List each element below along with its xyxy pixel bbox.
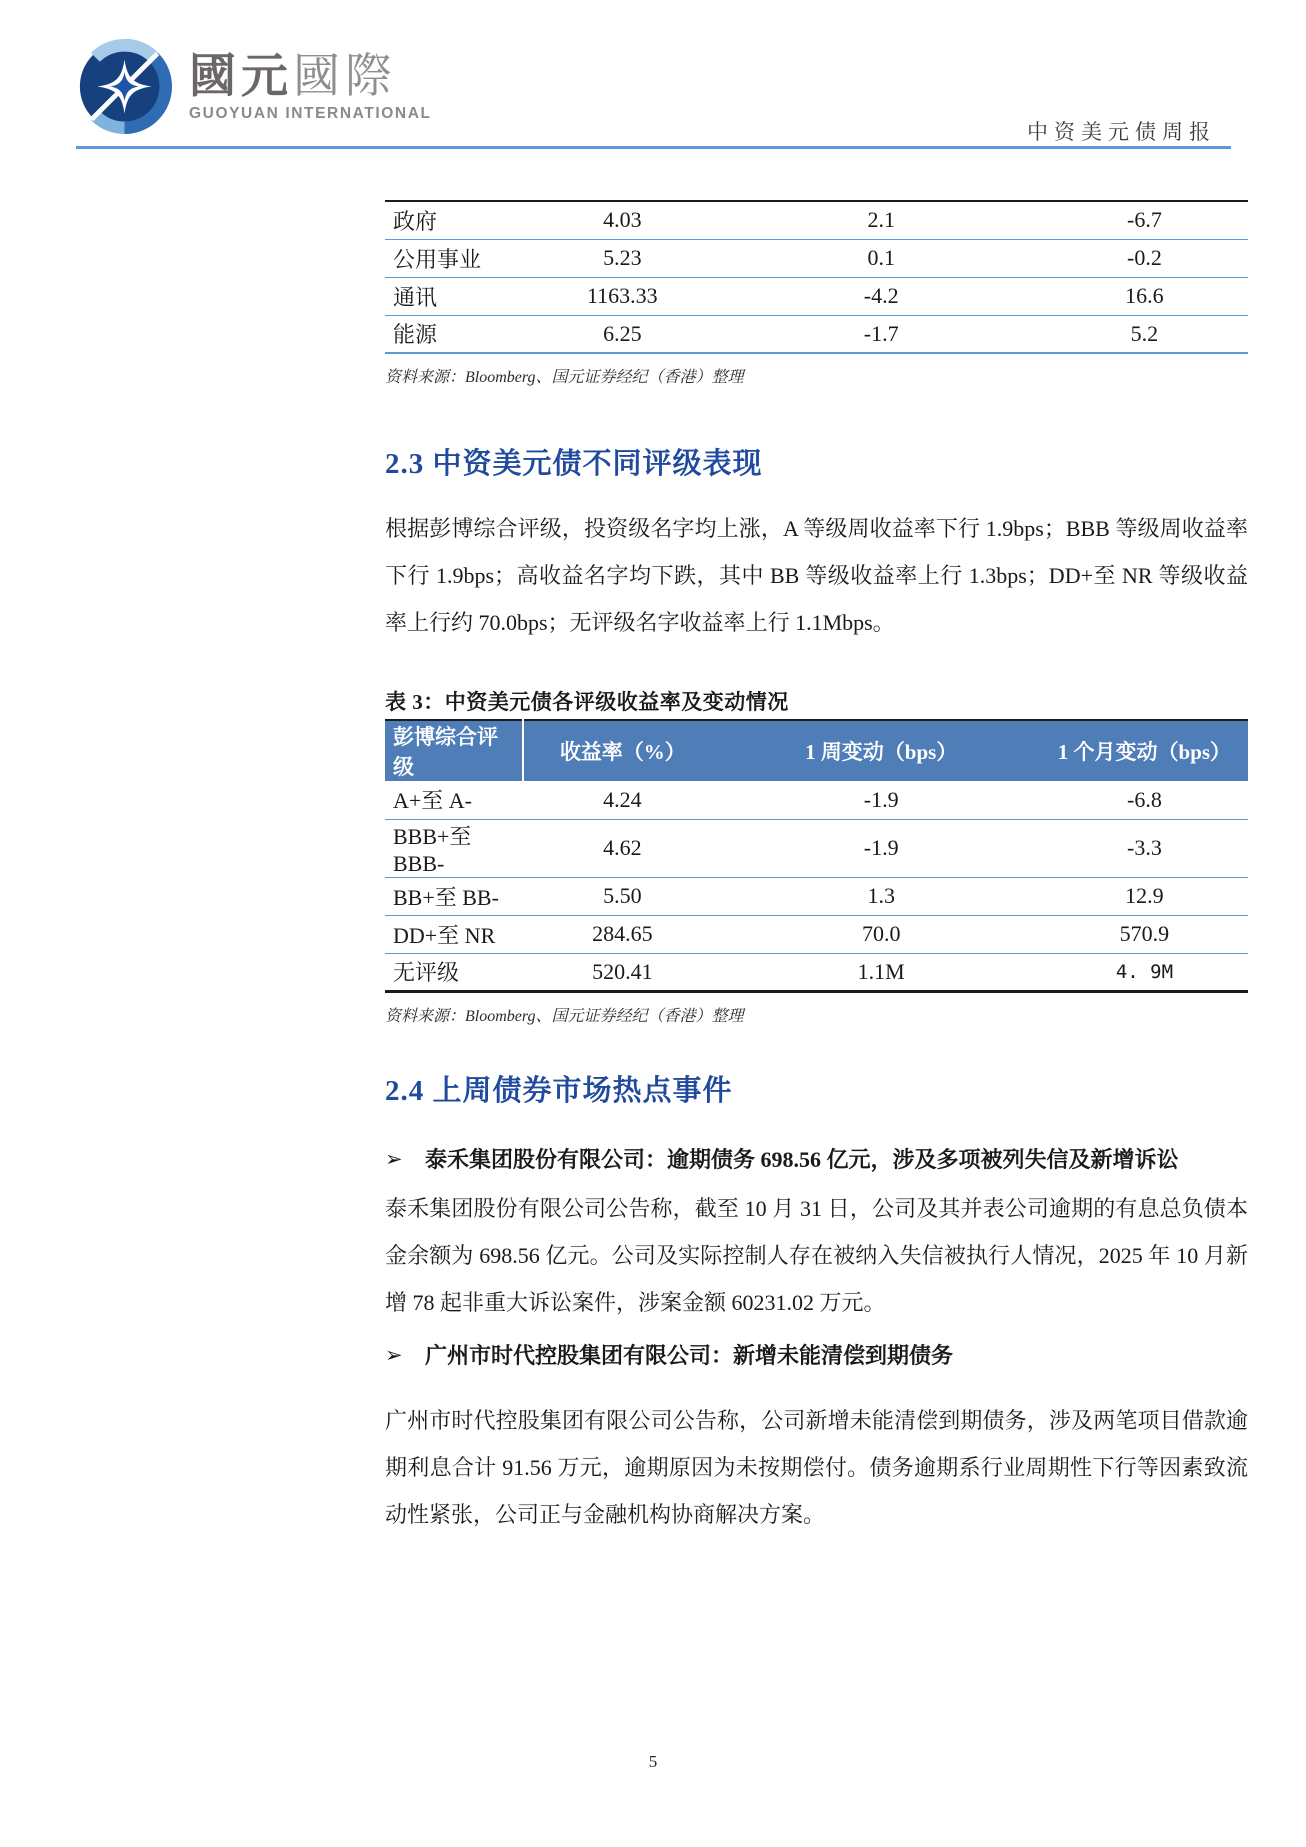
guoyuan-logo-icon (76, 38, 173, 135)
table-header-cell: 彭博综合评级 (385, 720, 523, 781)
content-column: 政府 4.03 2.1 -6.7 公用事业 5.23 0.1 -0.2 通讯 1… (385, 200, 1248, 1538)
news-bullet-item: ➢ 广州市时代控股集团有限公司：新增未能清偿到期债务 (385, 1332, 1248, 1379)
table-cell: 1.3 (722, 877, 1041, 915)
table-row: 政府 4.03 2.1 -6.7 (385, 201, 1248, 239)
section-2-3-heading: 2.3 中资美元债不同评级表现 (385, 445, 1248, 483)
section-2-4-heading: 2.4 上周债券市场热点事件 (385, 1072, 1248, 1110)
news-paragraph: 广州市时代控股集团有限公司公告称，公司新增未能清偿到期债务，涉及两笔项目借款逾期… (385, 1397, 1248, 1538)
table-cell: 4.03 (523, 201, 721, 239)
table-cell: 1163.33 (523, 277, 721, 315)
table-cell: 4.62 (523, 819, 721, 877)
table-header-cell: 1 个月变动（bps） (1041, 720, 1248, 781)
report-title: 中资美元债周报 (1027, 116, 1216, 146)
header-divider (76, 146, 1231, 149)
table-cell: 16.6 (1041, 277, 1248, 315)
logo-text: 國元國際 GUOYUAN INTERNATIONAL (189, 50, 432, 123)
table-cell: 政府 (385, 201, 523, 239)
logo-chinese-name: 國元國際 (189, 50, 432, 102)
table-cell: BBB+至 BBB- (385, 819, 523, 877)
table-row: BB+至 BB- 5.50 1.3 12.9 (385, 877, 1248, 915)
company-logo: 國元國際 GUOYUAN INTERNATIONAL (76, 38, 432, 135)
page-number: 5 (0, 1752, 1306, 1772)
table-cell: 公用事业 (385, 239, 523, 277)
table-cell: -3.3 (1041, 819, 1248, 877)
table-cell: 5.2 (1041, 315, 1248, 353)
table-cell: 5.23 (523, 239, 721, 277)
table-cell: -4.2 (722, 277, 1041, 315)
arrow-bullet-icon: ➢ (385, 1136, 425, 1183)
report-page: 國元國際 GUOYUAN INTERNATIONAL 中资美元债周报 政府 4.… (0, 0, 1306, 1847)
table-cell: 通讯 (385, 277, 523, 315)
table-row: BBB+至 BBB- 4.62 -1.9 -3.3 (385, 819, 1248, 877)
table-cell: -1.7 (722, 315, 1041, 353)
table-header-cell: 收益率（%） (523, 720, 721, 781)
table-header-row: 彭博综合评级 收益率（%） 1 周变动（bps） 1 个月变动（bps） (385, 720, 1248, 781)
table-row: 公用事业 5.23 0.1 -0.2 (385, 239, 1248, 277)
news-bullet-item: ➢ 泰禾集团股份有限公司：逾期债务 698.56 亿元，涉及多项被列失信及新增诉… (385, 1136, 1248, 1183)
table-cell: 284.65 (523, 915, 721, 953)
table-cell: -6.8 (1041, 781, 1248, 819)
source-note: 资料来源：Bloomberg、国元证券经纪（香港）整理 (385, 1003, 1248, 1026)
table-cell: 1.1M (722, 953, 1041, 991)
table-cell: -1.9 (722, 819, 1041, 877)
table-row: DD+至 NR 284.65 70.0 570.9 (385, 915, 1248, 953)
table-cell: 12.9 (1041, 877, 1248, 915)
table-cell: 70.0 (722, 915, 1041, 953)
table-header-cell: 1 周变动（bps） (722, 720, 1041, 781)
table-cell: 2.1 (722, 201, 1041, 239)
table-cell: -1.9 (722, 781, 1041, 819)
table-cell: 4. 9M (1041, 953, 1248, 991)
table-cell: -6.7 (1041, 201, 1248, 239)
table-cell: 4.24 (523, 781, 721, 819)
table-row: 通讯 1163.33 -4.2 16.6 (385, 277, 1248, 315)
table-cell: 570.9 (1041, 915, 1248, 953)
table-cell: 0.1 (722, 239, 1041, 277)
news-paragraph: 泰禾集团股份有限公司公告称，截至 10 月 31 日，公司及其并表公司逾期的有息… (385, 1185, 1248, 1326)
table-cell: 无评级 (385, 953, 523, 991)
table-row: 能源 6.25 -1.7 5.2 (385, 315, 1248, 353)
table-cell: 5.50 (523, 877, 721, 915)
section-2-3-paragraph: 根据彭博综合评级，投资级名字均上涨，A 等级周收益率下行 1.9bps；BBB … (385, 505, 1248, 646)
table-row: 无评级 520.41 1.1M 4. 9M (385, 953, 1248, 991)
table-cell: -0.2 (1041, 239, 1248, 277)
table-cell: 6.25 (523, 315, 721, 353)
table-3-caption: 表 3：中资美元债各评级收益率及变动情况 (385, 686, 1248, 716)
table-cell: 能源 (385, 315, 523, 353)
news-bullet-heading: 泰禾集团股份有限公司：逾期债务 698.56 亿元，涉及多项被列失信及新增诉讼 (425, 1136, 1248, 1183)
table-cell: A+至 A- (385, 781, 523, 819)
news-bullet-heading: 广州市时代控股集团有限公司：新增未能清偿到期债务 (425, 1332, 1248, 1379)
sector-yield-table: 政府 4.03 2.1 -6.7 公用事业 5.23 0.1 -0.2 通讯 1… (385, 200, 1248, 354)
logo-english-name: GUOYUAN INTERNATIONAL (189, 105, 432, 123)
arrow-bullet-icon: ➢ (385, 1332, 425, 1379)
source-note: 资料来源：Bloomberg、国元证券经纪（香港）整理 (385, 364, 1248, 387)
table-cell: BB+至 BB- (385, 877, 523, 915)
table-cell: 520.41 (523, 953, 721, 991)
table-row: A+至 A- 4.24 -1.9 -6.8 (385, 781, 1248, 819)
rating-yield-table: 彭博综合评级 收益率（%） 1 周变动（bps） 1 个月变动（bps） A+至… (385, 719, 1248, 993)
table-cell: DD+至 NR (385, 915, 523, 953)
